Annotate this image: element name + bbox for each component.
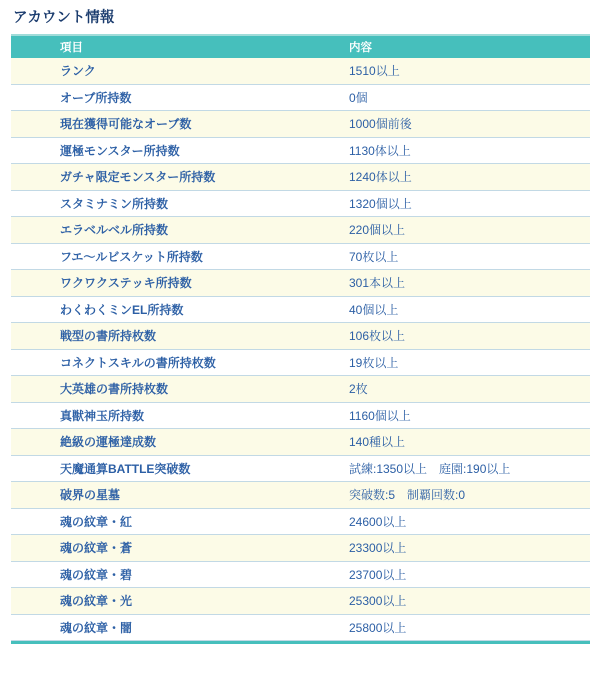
table-row: ワクワクステッキ所持数 301本以上 [11,270,590,297]
table-row: ガチャ限定モンスター所持数 1240体以上 [11,164,590,191]
table-row: 破界の星墓 突破数:5 制覇回数:0 [11,482,590,509]
row-item-value: 2枚 [348,376,590,403]
table-row: オーブ所持数 0個 [11,85,590,112]
row-item-value: 140種以上 [348,429,590,456]
row-item-value: 突破数:5 制覇回数:0 [348,482,590,509]
row-item-label: 絶級の運極達成数 [11,429,348,456]
column-header-item: 項目 [11,34,348,58]
table-row: コネクトスキルの書所持枚数 19枚以上 [11,350,590,377]
row-item-value: 106枚以上 [348,323,590,350]
table-header-row: 項目 内容 [11,34,590,58]
row-item-label: 真獣神玉所持数 [11,403,348,430]
row-item-value: 24600以上 [348,509,590,536]
row-item-label: 大英雄の書所持枚数 [11,376,348,403]
table-body: ランク 1510以上 オーブ所持数 0個 現在獲得可能なオーブ数 1000個前後… [11,58,590,641]
row-item-label: エラベルベル所持数 [11,217,348,244]
row-item-label: 魂の紋章・闇 [11,615,348,642]
row-item-label: わくわくミンEL所持数 [11,297,348,324]
account-info-table: 項目 内容 ランク 1510以上 オーブ所持数 0個 現在獲得可能なオーブ数 1… [11,34,590,644]
row-item-value: 1000個前後 [348,111,590,138]
row-item-label: 運極モンスター所持数 [11,138,348,165]
row-item-label: ワクワクステッキ所持数 [11,270,348,297]
row-item-label: コネクトスキルの書所持枚数 [11,350,348,377]
page-title: アカウント情報 [13,8,600,28]
row-item-label: 破界の星墓 [11,482,348,509]
table-row: フエ〜ルビスケット所持数 70枚以上 [11,244,590,271]
row-item-label: フエ〜ルビスケット所持数 [11,244,348,271]
table-row: 絶級の運極達成数 140種以上 [11,429,590,456]
row-item-label: 魂の紋章・蒼 [11,535,348,562]
row-item-label: ガチャ限定モンスター所持数 [11,164,348,191]
row-item-value: 40個以上 [348,297,590,324]
row-item-label: ランク [11,58,348,85]
row-item-value: 220個以上 [348,217,590,244]
column-header-content: 内容 [348,34,590,58]
table-row: 真獣神玉所持数 1160個以上 [11,403,590,430]
row-item-value: 23300以上 [348,535,590,562]
table-head: 項目 内容 [11,34,590,58]
row-item-value: 1130体以上 [348,138,590,165]
table-row: 魂の紋章・碧 23700以上 [11,562,590,589]
row-item-value: 19枚以上 [348,350,590,377]
row-item-label: スタミナミン所持数 [11,191,348,218]
row-item-value: 23700以上 [348,562,590,589]
table-row: エラベルベル所持数 220個以上 [11,217,590,244]
row-item-label: オーブ所持数 [11,85,348,112]
table-row: 天魔通算BATTLE突破数 試練:1350以上 庭園:190以上 [11,456,590,483]
row-item-value: 301本以上 [348,270,590,297]
row-item-value: 1320個以上 [348,191,590,218]
row-item-value: 1160個以上 [348,403,590,430]
row-item-label: 魂の紋章・紅 [11,509,348,536]
table-row: ランク 1510以上 [11,58,590,85]
row-item-label: 魂の紋章・光 [11,588,348,615]
table-row: 現在獲得可能なオーブ数 1000個前後 [11,111,590,138]
row-item-label: 現在獲得可能なオーブ数 [11,111,348,138]
table-row: 魂の紋章・蒼 23300以上 [11,535,590,562]
row-item-value: 70枚以上 [348,244,590,271]
row-item-value: 1510以上 [348,58,590,85]
table-row: わくわくミンEL所持数 40個以上 [11,297,590,324]
row-item-value: 試練:1350以上 庭園:190以上 [348,456,590,483]
row-item-label: 戦型の書所持枚数 [11,323,348,350]
table-row: 魂の紋章・光 25300以上 [11,588,590,615]
row-item-label: 天魔通算BATTLE突破数 [11,456,348,483]
row-item-value: 0個 [348,85,590,112]
table-row: 大英雄の書所持枚数 2枚 [11,376,590,403]
row-item-value: 25300以上 [348,588,590,615]
row-item-value: 25800以上 [348,615,590,642]
table-row: スタミナミン所持数 1320個以上 [11,191,590,218]
table-row: 戦型の書所持枚数 106枚以上 [11,323,590,350]
table-row: 魂の紋章・紅 24600以上 [11,509,590,536]
row-item-value: 1240体以上 [348,164,590,191]
row-item-label: 魂の紋章・碧 [11,562,348,589]
table-row: 魂の紋章・闇 25800以上 [11,615,590,642]
table-row: 運極モンスター所持数 1130体以上 [11,138,590,165]
page: アカウント情報 項目 内容 ランク 1510以上 オーブ所持数 0個 現在獲得可… [0,0,600,675]
